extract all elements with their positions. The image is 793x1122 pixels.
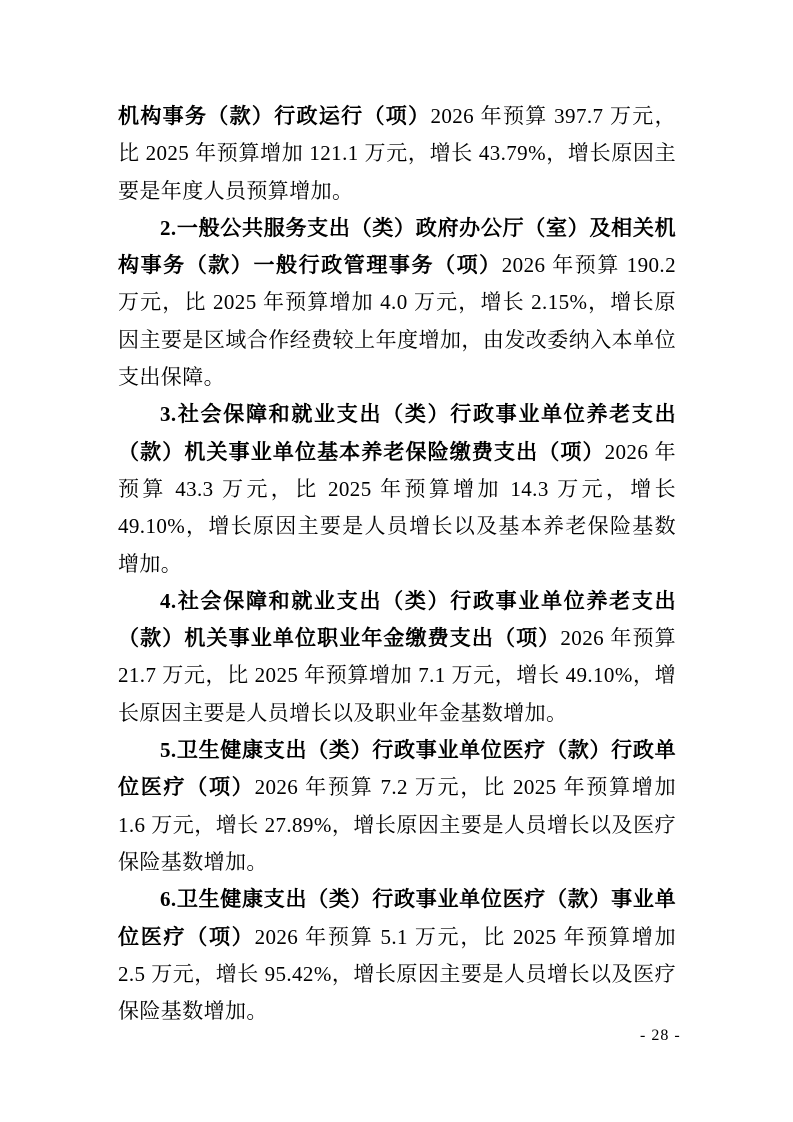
document-body: 机构事务（款）行政运行（项）2026 年预算 397.7 万元，比 2025 年… bbox=[118, 98, 676, 1030]
paragraph-3: 3.社会保障和就业支出（类）行政事业单位养老支出（款）机关事业单位基本养老保险缴… bbox=[118, 396, 676, 582]
paragraph-2: 2.一般公共服务支出（类）政府办公厅（室）及相关机构事务（款）一般行政管理事务（… bbox=[118, 210, 676, 396]
document-page: 机构事务（款）行政运行（项）2026 年预算 397.7 万元，比 2025 年… bbox=[0, 0, 793, 1122]
paragraph-3-lead: 3.社会保障和就业支出（类）行政事业单位养老支出（款）机关事业单位基本养老保险缴… bbox=[118, 402, 676, 463]
paragraph-6: 6.卫生健康支出（类）行政事业单位医疗（款）事业单位医疗（项）2026 年预算 … bbox=[118, 881, 676, 1030]
paragraph-1: 机构事务（款）行政运行（项）2026 年预算 397.7 万元，比 2025 年… bbox=[118, 98, 676, 210]
paragraph-1-lead: 机构事务（款）行政运行（项） bbox=[118, 104, 430, 128]
paragraph-5: 5.卫生健康支出（类）行政事业单位医疗（款）行政单位医疗（项）2026 年预算 … bbox=[118, 732, 676, 881]
paragraph-4: 4.社会保障和就业支出（类）行政事业单位养老支出（款）机关事业单位职业年金缴费支… bbox=[118, 583, 676, 732]
page-number: - 28 - bbox=[640, 1026, 681, 1046]
